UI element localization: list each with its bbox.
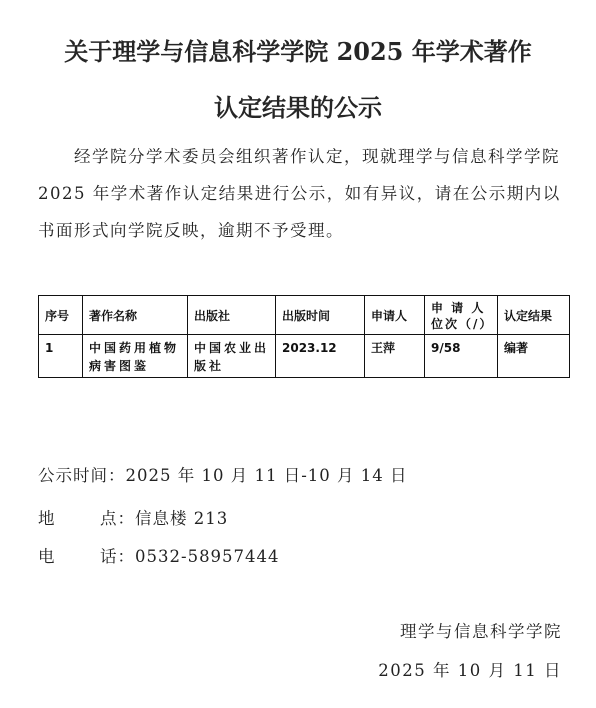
header-publisher: 出版社 [188,296,276,335]
cell-result: 编著 [498,335,570,378]
title-line-1: 关于理学与信息科学学院 2025 年学术著作 [0,32,596,67]
header-title: 著作名称 [83,296,188,335]
notice-period-label: 公示时间： [38,462,126,486]
table-header-row: 序号 著作名称 出版社 出版时间 申请人 申 请 人 位次（/） 认定结果 [39,296,570,335]
header-result: 认定结果 [498,296,570,335]
location-value: 信息楼 213 [135,509,228,528]
cell-applicant-rank: 9/58 [425,335,498,378]
location: 地点：信息楼 213 [38,505,228,529]
phone-label-1: 电 [38,543,100,567]
intro-text: 经学院分学术委员会组织著作认定，现就理学与信息科学学院 2025 年学术著作认定… [38,147,561,240]
header-applicant: 申请人 [365,296,425,335]
cell-pub-date: 2023.12 [276,335,365,378]
header-index: 序号 [39,296,83,335]
signature-date: 2025 年 10 月 11 日 [378,657,562,681]
results-table: 序号 著作名称 出版社 出版时间 申请人 申 请 人 位次（/） 认定结果 1 … [38,295,570,378]
phone-label-2: 话： [100,543,135,567]
notice-period: 公示时间：2025 年 10 月 11 日-10 月 14 日 [38,462,408,486]
cell-index: 1 [39,335,83,378]
intro-paragraph: 经学院分学术委员会组织著作认定，现就理学与信息科学学院 2025 年学术著作认定… [38,138,566,249]
phone: 电话：0532-58957444 [38,543,280,567]
phone-value: 0532-58957444 [135,547,280,566]
table-row: 1 中国药用植物病害图鉴 中国农业出版社 2023.12 王萍 9/58 编著 [39,335,570,378]
header-pub-date: 出版时间 [276,296,365,335]
signature-org: 理学与信息科学学院 [400,618,562,642]
title-line-2: 认定结果的公示 [0,88,596,123]
notice-period-value: 2025 年 10 月 11 日-10 月 14 日 [126,466,408,485]
cell-applicant: 王萍 [365,335,425,378]
location-label-2: 点： [100,505,135,529]
cell-title: 中国药用植物病害图鉴 [83,335,188,378]
header-applicant-rank: 申 请 人 位次（/） [425,296,498,335]
cell-publisher: 中国农业出版社 [188,335,276,378]
location-label-1: 地 [38,505,100,529]
